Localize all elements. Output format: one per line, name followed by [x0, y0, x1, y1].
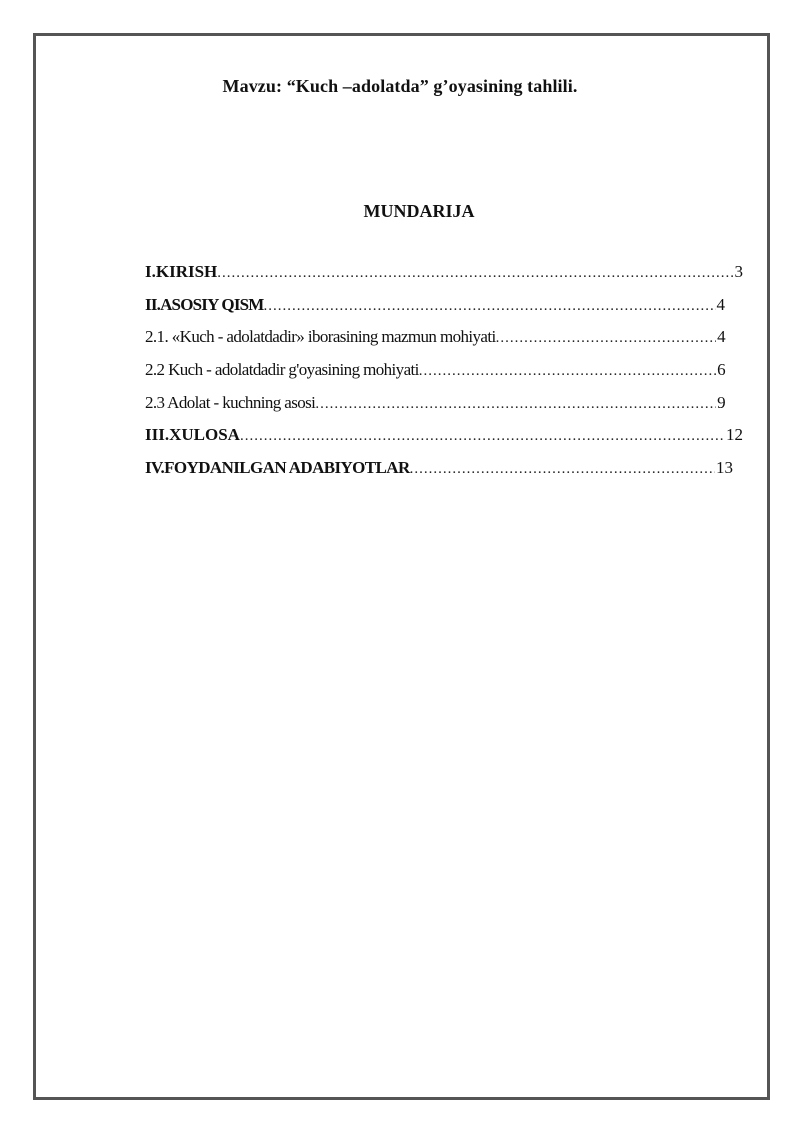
toc-dot-leader: [240, 428, 725, 445]
toc-entry-page: 4: [716, 327, 725, 347]
toc-entry-label: 2.3 Adolat - kuchning asosi: [145, 393, 315, 413]
table-of-contents: I.KIRISH 3 II.ASOSIY QISM 4 2.1. «Kuch -…: [145, 262, 745, 491]
toc-dot-leader: [496, 330, 716, 347]
toc-entry-label: 2.1. «Kuch - adolatdadir» iborasining ma…: [145, 327, 496, 347]
toc-dot-leader: [264, 298, 716, 315]
toc-entry-page: 6: [716, 360, 725, 380]
toc-entry-adabiyotlar[interactable]: IV.FOYDANILGAN ADABIYOTLAR 13: [145, 458, 733, 491]
toc-heading: MUNDARIJA: [0, 201, 800, 222]
toc-dot-leader: [217, 265, 733, 282]
toc-dot-leader: [419, 363, 716, 380]
document-title: Mavzu: “Kuch –adolatda” g’oyasining tahl…: [0, 76, 800, 97]
toc-entry-label: IV.FOYDANILGAN ADABIYOTLAR: [145, 458, 410, 478]
toc-entry-2-2[interactable]: 2.2 Kuch - adolatdadir g'oyasining mohiy…: [145, 360, 725, 393]
toc-entry-label: I.KIRISH: [145, 262, 217, 282]
toc-entry-kirish[interactable]: I.KIRISH 3: [145, 262, 743, 295]
toc-entry-2-3[interactable]: 2.3 Adolat - kuchning asosi 9: [145, 393, 725, 426]
toc-entry-page: 4: [716, 295, 726, 315]
toc-entry-label: 2.2 Kuch - adolatdadir g'oyasining mohiy…: [145, 360, 419, 380]
toc-entry-2-1[interactable]: 2.1. «Kuch - adolatdadir» iborasining ma…: [145, 327, 725, 360]
toc-dot-leader: [315, 396, 716, 413]
toc-entry-label: II.ASOSIY QISM: [145, 295, 264, 315]
toc-entry-page: 3: [734, 262, 744, 282]
toc-entry-page: 9: [716, 393, 725, 413]
page-frame: [33, 33, 770, 1100]
toc-entry-xulosa[interactable]: III.XULOSA 12: [145, 425, 743, 458]
toc-dot-leader: [410, 461, 715, 478]
toc-entry-page: 13: [715, 458, 733, 478]
toc-entry-label: III.XULOSA: [145, 425, 240, 445]
toc-entry-asosiy-qism[interactable]: II.ASOSIY QISM 4: [145, 295, 725, 328]
toc-entry-page: 12: [725, 425, 743, 445]
